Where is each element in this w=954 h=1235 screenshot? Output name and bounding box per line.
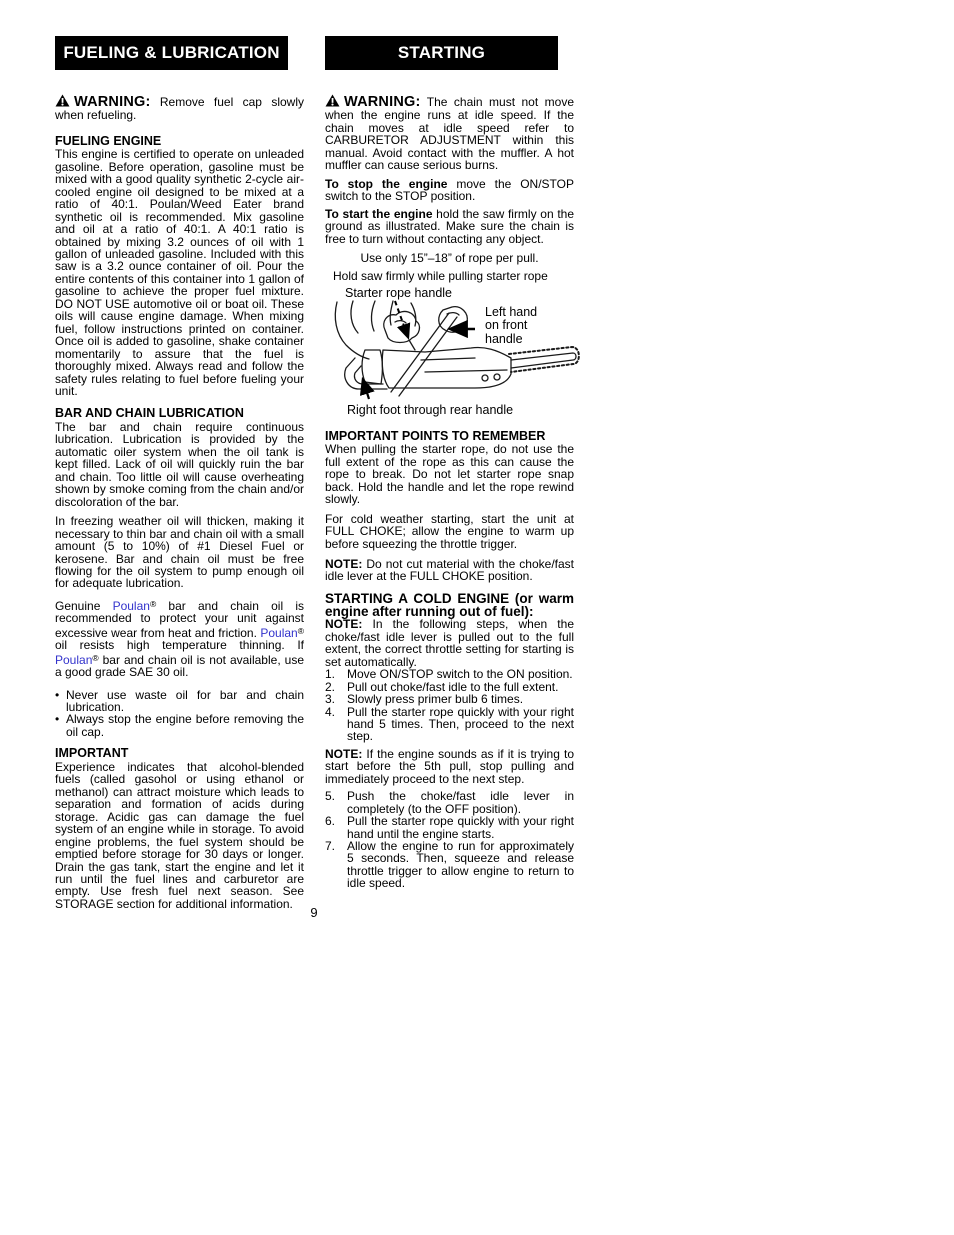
step-text: Push the choke/fast idle lever in comple… bbox=[347, 790, 574, 815]
heading-cold-engine: STARTING A COLD ENGINE (or warm engine a… bbox=[325, 592, 574, 618]
step-number: 6. bbox=[325, 815, 347, 840]
bullet-item: • Always stop the engine before removing… bbox=[55, 713, 304, 738]
step-item: 5. Push the choke/fast idle lever in com… bbox=[325, 790, 574, 815]
section-banner-fueling: FUELING & LUBRICATION bbox=[55, 36, 288, 70]
heading-bar-chain: BAR AND CHAIN LUBRICATION bbox=[55, 407, 304, 421]
step-number: 4. bbox=[325, 706, 347, 743]
points-p2: For cold weather starting, start the uni… bbox=[325, 513, 574, 550]
chainsaw-start-drawing bbox=[325, 300, 583, 404]
registered-mark: ® bbox=[298, 626, 304, 636]
step-text: Pull the starter rope quickly with your … bbox=[347, 815, 574, 840]
note-paragraph: NOTE: If the engine sounds as if it is t… bbox=[325, 748, 574, 785]
stop-engine-paragraph: To stop the engine move the ON/STOP swit… bbox=[325, 178, 574, 203]
bullet-text: Always stop the engine before removing t… bbox=[66, 713, 304, 738]
banner-title: STARTING bbox=[398, 43, 485, 63]
bullet-item: • Never use waste oil for bar and chain … bbox=[55, 689, 304, 714]
bar-chain-p1: The bar and chain require continuous lub… bbox=[55, 421, 304, 508]
bullet-glyph: • bbox=[55, 713, 66, 738]
page-number: 9 bbox=[296, 905, 332, 920]
hold-saw-note: Hold saw firmly while pulling starter ro… bbox=[325, 270, 574, 282]
note-paragraph: NOTE: In the following steps, when the c… bbox=[325, 618, 574, 668]
figure-label-right-foot: Right foot through rear handle bbox=[347, 404, 513, 418]
points-p1: When pulling the starter rope, do not us… bbox=[325, 443, 574, 505]
warning-paragraph: WARNING: Remove fuel cap slowly when ref… bbox=[55, 94, 304, 122]
text-run: Do not cut material with the choke/fast … bbox=[325, 557, 574, 583]
heading-important-points: IMPORTANT POINTS TO REMEMBER bbox=[325, 430, 574, 444]
manual-page: FUELING & LUBRICATION WARNING: Remove fu… bbox=[0, 0, 954, 1235]
step-number: 3. bbox=[325, 693, 347, 705]
step-item: 7. Allow the engine to run for approxima… bbox=[325, 840, 574, 890]
step-item: 4. Pull the starter rope quickly with yo… bbox=[325, 706, 574, 743]
text-run: In the following steps, when the choke/f… bbox=[325, 617, 574, 668]
banner-title: FUELING & LUBRICATION bbox=[63, 43, 279, 63]
step-number: 5. bbox=[325, 790, 347, 815]
step-item: 1. Move ON/STOP switch to the ON positio… bbox=[325, 668, 574, 680]
fueling-engine-body: This engine is certified to operate on u… bbox=[55, 148, 304, 397]
right-column: STARTING WARNING: The chain must not mov… bbox=[325, 36, 574, 890]
important-body: Experience indicates that alcohol-blende… bbox=[55, 761, 304, 910]
heading-important: IMPORTANT bbox=[55, 747, 304, 761]
section-banner-starting: STARTING bbox=[325, 36, 558, 70]
note-paragraph: NOTE: Do not cut material with the choke… bbox=[325, 558, 574, 583]
starting-illustration: Starter rope handle Left hand on front h… bbox=[325, 287, 583, 418]
bullet-glyph: • bbox=[55, 689, 66, 714]
rope-pull-note: Use only 15”–18” of rope per pull. bbox=[325, 252, 574, 264]
warning-triangle-icon bbox=[325, 94, 340, 109]
poulan-oil-paragraph: Genuine Poulan® bar and chain oil is rec… bbox=[55, 598, 304, 679]
start-engine-paragraph: To start the engine hold the saw firmly … bbox=[325, 208, 574, 245]
heading-fueling-engine: FUELING ENGINE bbox=[55, 135, 304, 149]
warning-paragraph: WARNING: The chain must not move when th… bbox=[325, 94, 574, 172]
warning-triangle-icon bbox=[55, 94, 70, 109]
step-number: 1. bbox=[325, 668, 347, 680]
step-item: 3. Slowly press primer bulb 6 times. bbox=[325, 693, 574, 705]
bar-chain-p2: In freezing weather oil will thicken, ma… bbox=[55, 515, 304, 590]
bullet-text: Never use waste oil for bar and chain lu… bbox=[66, 689, 304, 714]
step-text: Allow the engine to run for approximatel… bbox=[347, 840, 574, 890]
step-item: 6. Pull the starter rope quickly with yo… bbox=[325, 815, 574, 840]
left-column: FUELING & LUBRICATION WARNING: Remove fu… bbox=[55, 36, 304, 910]
text-run: If the engine sounds as if it is trying … bbox=[325, 747, 574, 786]
figure-label-starter-rope-handle: Starter rope handle bbox=[345, 287, 452, 301]
step-text: Pull the starter rope quickly with your … bbox=[347, 706, 574, 743]
step-text: Slowly press primer bulb 6 times. bbox=[347, 693, 574, 705]
text-run: oil resists high temperature thinning. I… bbox=[55, 638, 304, 652]
step-text: Move ON/STOP switch to the ON position. bbox=[347, 668, 574, 680]
step-number: 7. bbox=[325, 840, 347, 890]
